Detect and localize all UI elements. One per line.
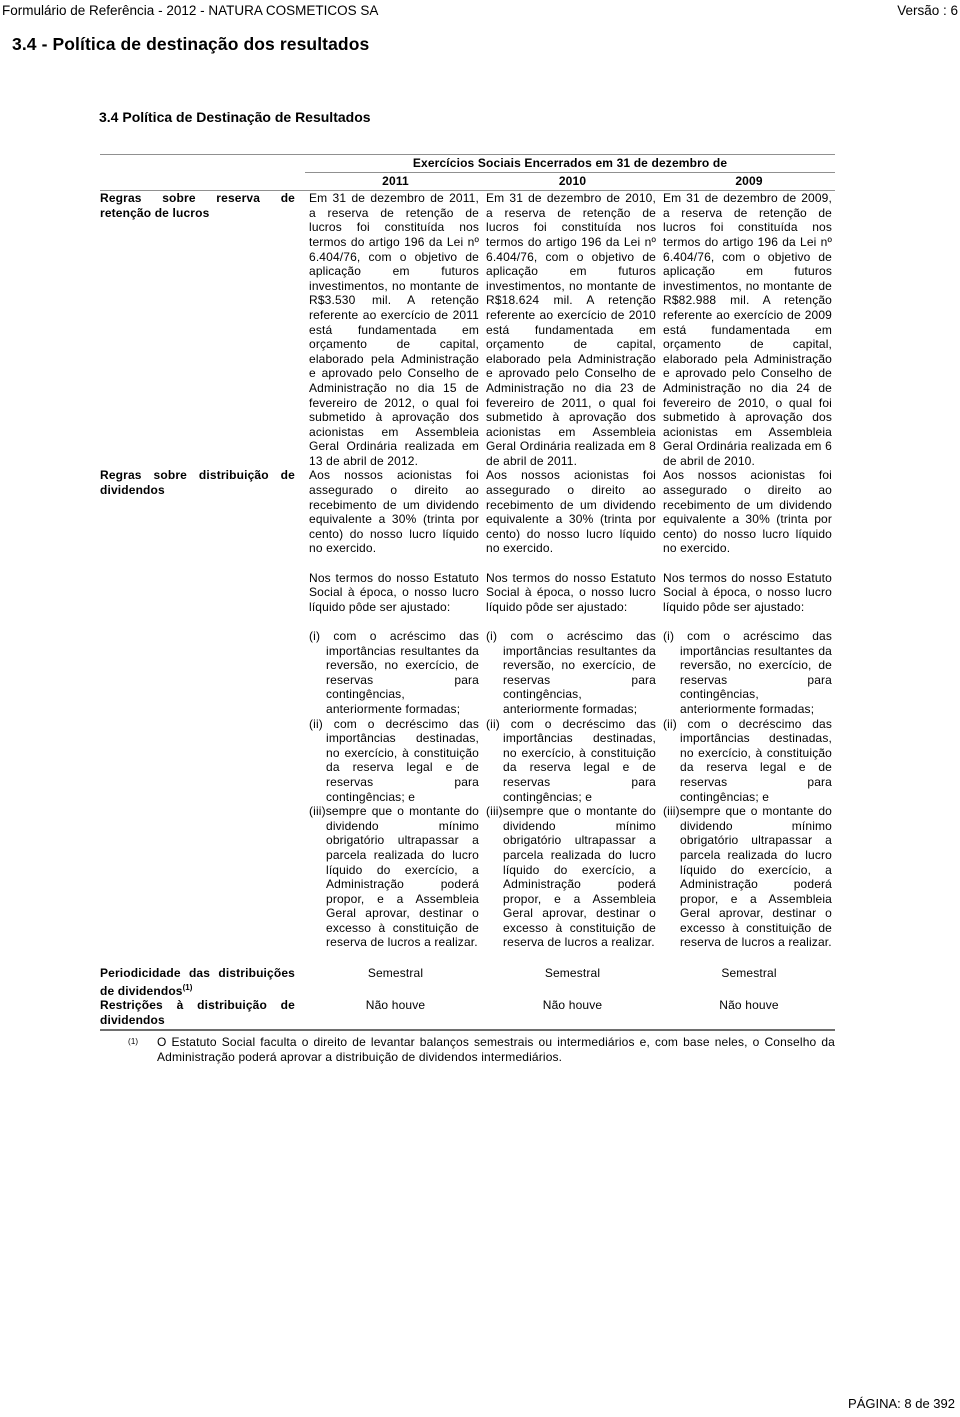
year-column-header-2009: 2009 (663, 173, 835, 191)
list-item-iii: (iii)sempre que o montante do dividendo … (663, 804, 832, 950)
cell-retencao-2010: Em 31 de dezembro de 2010, a reserva de … (486, 191, 659, 468)
year-column-header-2010: 2010 (486, 173, 659, 191)
value-periodicidade-2011: Semestral (309, 966, 482, 981)
table-rule-bottom (100, 1029, 835, 1031)
footnote-text: O Estatuto Social faculta o direito de l… (157, 1035, 835, 1064)
dividendos-2010-paragraph-2: Nos termos do nosso Estatuto Social à ép… (486, 571, 656, 615)
section-heading: 3.4 Política de Destinação de Resultados (99, 109, 371, 125)
dividendos-2011-paragraph-1: Aos nossos acionistas foi assegurado o d… (309, 468, 479, 556)
results-policy-table: Exercícios Sociais Encerrados em 31 de d… (100, 154, 835, 1065)
cell-dividendos-2010: Aos nossos acionistas foi assegurado o d… (486, 468, 659, 950)
dividendos-2009-adjustment-list: (i) com o acréscimo das importâncias res… (663, 629, 832, 950)
list-item-ii: (ii) com o decréscimo das importâncias d… (309, 717, 479, 805)
version-label: Versão : 6 (897, 3, 958, 19)
table-row-dividendos: Regras sobre distribuição de dividendos … (100, 468, 835, 950)
table-year-header-row: 2011 2010 2009 (100, 173, 835, 191)
dividendos-2011-adjustment-list: (i) com o acréscimo das importâncias res… (309, 629, 479, 950)
table-footnote: (1) O Estatuto Social faculta o direito … (100, 1035, 835, 1064)
cell-retencao-2009: Em 31 de dezembro de 2009, a reserva de … (663, 191, 835, 468)
value-restricoes-2010: Não houve (486, 998, 659, 1013)
table-row-retencao: Regras sobre reserva de retenção de lucr… (100, 191, 835, 468)
page-title: 3.4 - Política de destinação dos resulta… (12, 34, 369, 55)
row-label-periodicidade: Periodicidade das distribuições de divid… (100, 966, 305, 998)
footnote-marker: (1) (128, 1035, 138, 1050)
list-item-i: (i) com o acréscimo das importâncias res… (309, 629, 479, 717)
document-header-title: Formulário de Referência - 2012 - NATURA… (2, 3, 378, 19)
footnote-reference-superscript: (1) (183, 983, 193, 992)
table-row-periodicidade: Periodicidade das distribuições de divid… (100, 966, 835, 998)
row-label-periodicidade-text: Periodicidade das distribuições de divid… (100, 966, 295, 998)
document-header: Formulário de Referência - 2012 - NATURA… (2, 3, 958, 19)
dividendos-2010-adjustment-list: (i) com o acréscimo das importâncias res… (486, 629, 656, 950)
dividendos-2011-paragraph-2: Nos termos do nosso Estatuto Social à ép… (309, 571, 479, 615)
year-column-header-2011: 2011 (309, 173, 482, 191)
value-periodicidade-2010: Semestral (486, 966, 659, 981)
list-item-ii: (ii) com o decréscimo das importâncias d… (663, 717, 832, 805)
cell-dividendos-2011: Aos nossos acionistas foi assegurado o d… (309, 468, 482, 950)
value-restricoes-2009: Não houve (663, 998, 835, 1013)
dividendos-2009-paragraph-1: Aos nossos acionistas foi assegurado o d… (663, 468, 832, 556)
list-item-iii: (iii)sempre que o montante do dividendo … (486, 804, 656, 950)
value-periodicidade-2009: Semestral (663, 966, 835, 981)
row-label-retencao: Regras sobre reserva de retenção de lucr… (100, 191, 305, 220)
row-label-dividendos: Regras sobre distribuição de dividendos (100, 468, 305, 497)
table-header-span: Exercícios Sociais Encerrados em 31 de d… (305, 155, 835, 172)
dividendos-2009-paragraph-2: Nos termos do nosso Estatuto Social à ép… (663, 571, 832, 615)
cell-retencao-2011: Em 31 de dezembro de 2011, a reserva de … (309, 191, 482, 468)
list-item-i: (i) com o acréscimo das importâncias res… (486, 629, 656, 717)
value-restricoes-2011: Não houve (309, 998, 482, 1013)
table-row-restricoes: Restrições à distribuição de dividendos … (100, 998, 835, 1027)
document-page: Formulário de Referência - 2012 - NATURA… (0, 0, 960, 1417)
list-item-i: (i) com o acréscimo das importâncias res… (663, 629, 832, 717)
page-number: PÁGINA: 8 de 392 (848, 1396, 955, 1411)
row-label-restricoes: Restrições à distribuição de dividendos (100, 998, 305, 1027)
list-item-iii: (iii)sempre que o montante do dividendo … (309, 804, 479, 950)
dividendos-2010-paragraph-1: Aos nossos acionistas foi assegurado o d… (486, 468, 656, 556)
list-item-ii: (ii) com o decréscimo das importâncias d… (486, 717, 656, 805)
cell-dividendos-2009: Aos nossos acionistas foi assegurado o d… (663, 468, 835, 950)
